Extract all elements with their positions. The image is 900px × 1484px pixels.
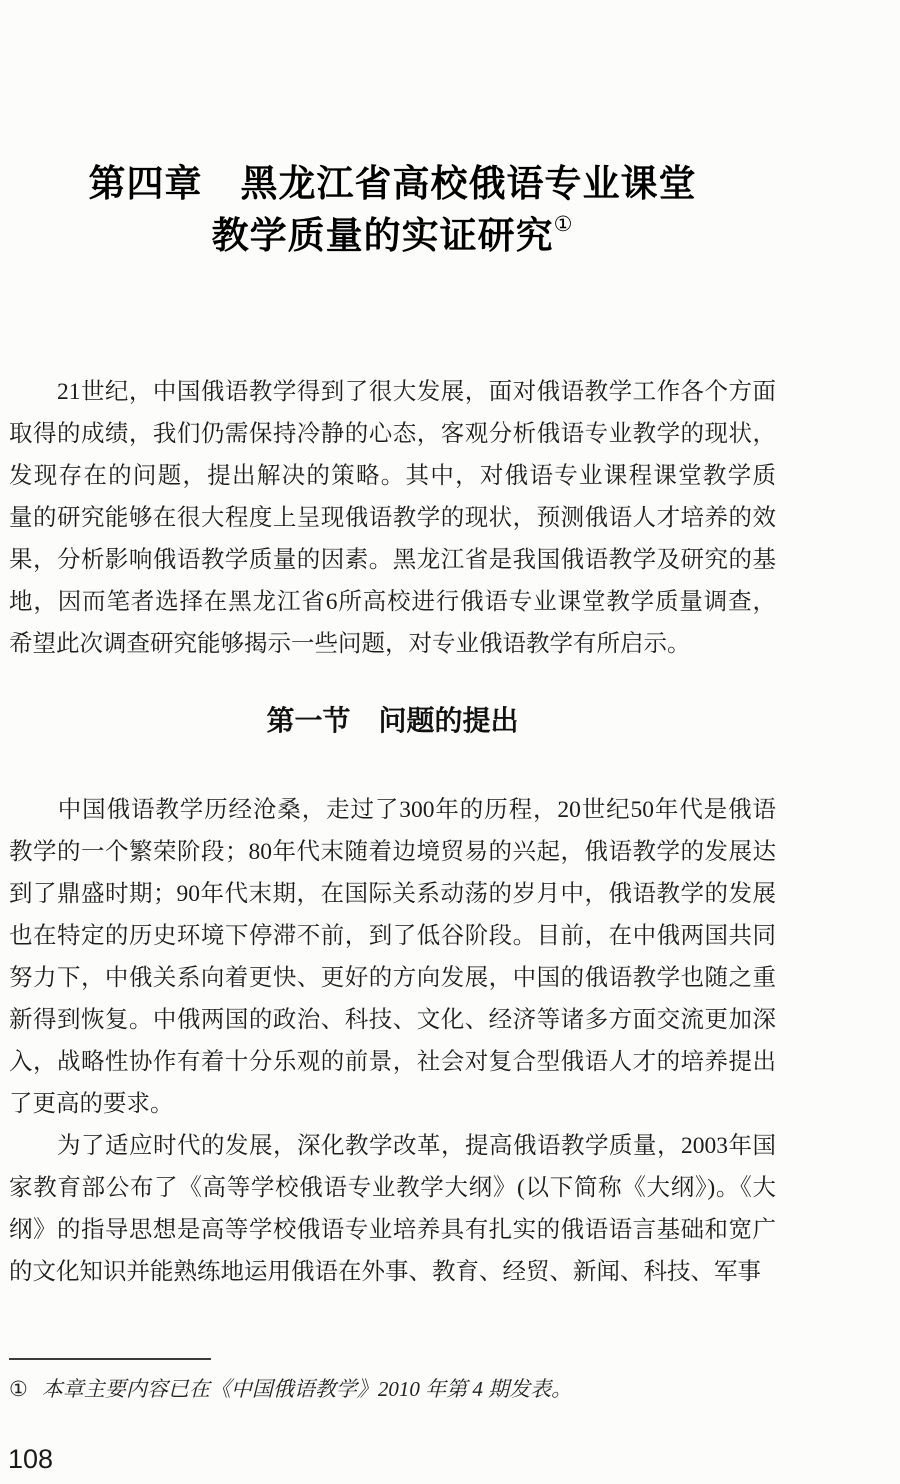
text-line: 到了鼎盛时期；90年代末期，在国际关系动荡的岁月中，俄语教学的发展 [9,873,776,915]
chapter-title-line2: 教学质量的实证研究① [9,210,776,262]
text-line: 量的研究能够在很大程度上呈现俄语教学的现状，预测俄语人才培养的效 [9,497,776,539]
text-line: 纲》的指导思想是高等学校俄语专业培养具有扎实的俄语语言基础和宽广 [9,1209,776,1251]
text-line: 为了适应时代的发展，深化教学改革，提高俄语教学质量，2003年国 [9,1125,776,1167]
intro-paragraph: 21世纪，中国俄语教学得到了很大发展，面对俄语教学工作各个方面取得的成绩，我们仍… [9,371,776,665]
text-line: 了更高的要求。 [9,1083,776,1125]
text-line: 努力下，中俄关系向着更快、更好的方向发展，中国的俄语教学也随之重 [9,957,776,999]
page-number: 108 [8,1444,53,1474]
chapter-title-line1: 第四章 黑龙江省高校俄语专业课堂 [9,158,776,210]
text-line: 果，分析影响俄语教学质量的因素。黑龙江省是我国俄语教学及研究的基 [9,539,776,581]
text-line: 中国俄语教学历经沧桑，走过了300年的历程，20世纪50年代是俄语 [9,789,776,831]
text-line: 21世纪，中国俄语教学得到了很大发展，面对俄语教学工作各个方面 [9,371,776,413]
chapter-title-line2-text: 教学质量的实证研究 [212,215,554,256]
footnote-text: 本章主要内容已在《中国俄语教学》2010 年第 4 期发表。 [42,1377,572,1401]
footnote-marker: ① [9,1377,28,1401]
text-line: 发现存在的问题，提出解决的策略。其中，对俄语专业课程课堂教学质 [9,455,776,497]
text-line: 希望此次调查研究能够揭示一些问题，对专业俄语教学有所启示。 [9,623,776,665]
text-line: 教学的一个繁荣阶段；80年代末随着边境贸易的兴起，俄语教学的发展达 [9,831,776,873]
text-line: 地，因而笔者选择在黑龙江省6所高校进行俄语专业课堂教学质量调查， [9,581,776,623]
text-line: 的文化知识并能熟练地运用俄语在外事、教育、经贸、新闻、科技、军事 [9,1251,776,1293]
footnote-divider [9,1358,211,1360]
chapter-footnote-marker: ① [554,213,574,236]
book-page: { "page": { "number": "108", "background… [0,0,900,1484]
text-line: 家教育部公布了《高等学校俄语专业教学大纲》(以下简称《大纲》)。《大 [9,1167,776,1209]
intro-paragraph-block: 21世纪，中国俄语教学得到了很大发展，面对俄语教学工作各个方面取得的成绩，我们仍… [9,371,776,665]
history-paragraph: 中国俄语教学历经沧桑，走过了300年的历程，20世纪50年代是俄语教学的一个繁荣… [9,789,776,1125]
chapter-title: 第四章 黑龙江省高校俄语专业课堂 教学质量的实证研究① [9,158,776,262]
section-heading: 第一节 问题的提出 [9,702,776,740]
syllabus-paragraph: 为了适应时代的发展，深化教学改革，提高俄语教学质量，2003年国家教育部公布了《… [9,1125,776,1293]
main-text-block: 中国俄语教学历经沧桑，走过了300年的历程，20世纪50年代是俄语教学的一个繁荣… [9,789,776,1293]
text-line: 入，战略性协作有着十分乐观的前景，社会对复合型俄语人才的培养提出 [9,1041,776,1083]
footnote: ①本章主要内容已在《中国俄语教学》2010 年第 4 期发表。 [9,1374,776,1404]
text-line: 也在特定的历史环境下停滞不前，到了低谷阶段。目前，在中俄两国共同 [9,915,776,957]
text-line: 新得到恢复。中俄两国的政治、科技、文化、经济等诸多方面交流更加深 [9,999,776,1041]
text-line: 取得的成绩，我们仍需保持冷静的心态，客观分析俄语专业教学的现状， [9,413,776,455]
